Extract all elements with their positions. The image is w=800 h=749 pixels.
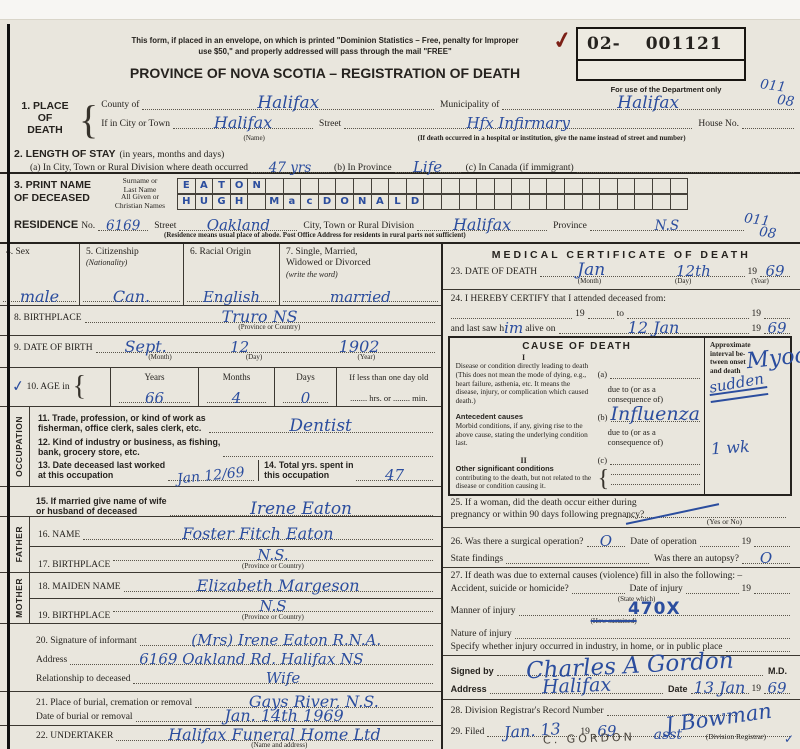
mother-rows: 18. MAIDEN NAME Elizabeth Margeson 19. B… <box>30 573 441 624</box>
given-names-boxes: HUGHMacDONALD <box>178 194 688 210</box>
other-conditions-lines: { <box>598 470 700 489</box>
letter-box <box>459 178 478 194</box>
letter-box <box>670 178 689 194</box>
father-name-line: 16. NAME Foster Fitch Eaton <box>30 517 441 547</box>
other-conditions-brace: { <box>598 470 612 489</box>
letter-box <box>617 194 636 210</box>
total-years-value: 47 <box>385 468 404 483</box>
filed-label: 29. Filed <box>451 727 488 737</box>
letter-box: O <box>230 178 249 194</box>
other-conditions-description: contributing to the death, but not relat… <box>456 474 592 491</box>
death-year-field: 69 <box>760 264 790 277</box>
sex-field: male <box>3 289 76 302</box>
spacer <box>451 277 543 285</box>
city-value: Halifax <box>214 115 272 131</box>
age-months-cell: Months 4 <box>198 368 274 407</box>
racial-origin-field: English <box>187 289 276 302</box>
cause-a-value: Myocardial degeneration <box>745 329 800 373</box>
interval-b-value: 1 wk <box>710 439 750 458</box>
letter-box <box>283 178 302 194</box>
dob-month-field: Sept. <box>96 340 196 353</box>
row-certify: 24. I HEREBY CERTIFY that I attended dec… <box>443 290 800 336</box>
mother-birthplace-label: 19. BIRTHPLACE <box>38 611 113 621</box>
cause-a-label: (a) <box>598 369 610 379</box>
autopsy-label: Was there an autopsy? <box>649 554 742 564</box>
spacer <box>451 595 591 603</box>
mother-birthplace-value: N.S <box>259 599 286 614</box>
informant-address-line: Address 6169 Oakland Rd. Halifax NS <box>36 652 433 665</box>
row-birthplace: 8. BIRTHPLACE Truro NS (Province or Coun… <box>0 306 441 336</box>
undertaker-line: 22. UNDERTAKER Halifax Funeral Home Ltd <box>36 728 433 741</box>
marital-status-field: married <box>283 289 438 302</box>
form-body: 4. Sex male 5. Citizenship (Nationality)… <box>0 242 800 749</box>
dob-day-note: (Day) <box>210 353 298 361</box>
street-label: Street <box>313 119 344 129</box>
attended-from-line: 19 to 19 <box>451 306 790 319</box>
letter-box <box>318 178 337 194</box>
total-years-label: 14. Total yrs. spent in this occupation <box>264 460 356 480</box>
total-years-field: 47 <box>356 468 432 481</box>
mother-maiden-line: 18. MAIDEN NAME Elizabeth Margeson <box>30 573 441 600</box>
occupation-block: OCCUPATION 11. Trade, profession, or kin… <box>0 407 441 487</box>
spacer <box>36 741 126 749</box>
letter-box <box>423 194 442 210</box>
cause-b-label: (b) <box>598 412 611 422</box>
length-of-stay-note: (in years, months and days) <box>120 150 225 160</box>
occupation-vertical-label-cell: OCCUPATION <box>0 407 30 486</box>
sex-cell: 4. Sex male <box>0 244 80 305</box>
stay-province-field: Life <box>395 160 461 173</box>
letter-box <box>634 194 653 210</box>
residence-label: RESIDENCE <box>14 219 81 231</box>
letter-box: L <box>388 194 407 210</box>
findings-line: State findings Was there an autopsy? O <box>451 551 790 564</box>
due-to-1: due to (or as a consequence of) <box>598 384 700 404</box>
age-years-field: 66 <box>119 390 190 403</box>
surname-row: Surname or Last Name EATON <box>102 177 792 194</box>
relationship-field: Wife <box>133 671 432 684</box>
length-of-stay-heading: 2. LENGTH OF STAY (in years, months and … <box>14 148 794 160</box>
manner-line: Manner of injury 470X <box>451 603 790 616</box>
last-saw-him: im <box>504 321 523 336</box>
letter-box: a <box>283 194 302 210</box>
spouse-field: Irene Eaton <box>170 503 433 516</box>
length-of-stay-fields: (a) In City, Town or Rural Division wher… <box>14 160 794 173</box>
informant-signature-line: 20. Signature of informant (Mrs) Irene E… <box>36 633 433 646</box>
blue-checkmark-icon: ✓ <box>784 732 794 747</box>
other-conditions-field-2 <box>611 484 700 485</box>
record-number-label: 28. Division Registrar's Record Number <box>451 706 607 716</box>
row-burial: 21. Place of burial, cremation or remova… <box>0 692 441 726</box>
attended-to-19: 19 <box>749 309 765 319</box>
sign-date-value: 13 Jan <box>694 680 746 696</box>
father-rows: 16. NAME Foster Fitch Eaton 17. BIRTHPLA… <box>30 517 441 572</box>
age-days-cell: Days 0 <box>274 368 336 407</box>
last-saw-date: 12 Jan <box>628 320 680 336</box>
informant-field: (Mrs) Irene Eaton R.N.A. <box>140 633 433 646</box>
industry-label: 12. Kind of industry or business, as fis… <box>38 437 223 457</box>
marital-status-note: (write the word) <box>286 270 437 280</box>
racial-origin-label: 6. Racial Origin <box>190 247 275 258</box>
letter-box <box>476 194 495 210</box>
spacer <box>14 323 104 331</box>
residence-city-value: Halifax <box>453 217 511 233</box>
name-box-rows: Surname or Last Name EATON All Given or … <box>102 177 792 214</box>
dob-day: 12 <box>230 340 249 355</box>
injury-date-label: Date of injury <box>625 584 686 594</box>
attended-to-word: to <box>614 309 627 319</box>
undertaker-field: Halifax Funeral Home Ltd <box>116 728 432 741</box>
scan-edge-line <box>7 24 10 749</box>
cause-content: I Disease or condition directly leading … <box>450 352 704 494</box>
industry-field <box>223 444 432 457</box>
age-hrs-min-line: ........ hrs. or ........ min. <box>337 393 441 403</box>
antecedent-block: Antecedent causes Morbid conditions, if … <box>456 413 592 448</box>
accident-line: Accident, suicide or homicide? Date of i… <box>451 581 790 594</box>
letter-box <box>582 178 601 194</box>
city-label: If in City or Town <box>101 119 173 129</box>
autopsy-answer-field: O <box>742 551 790 564</box>
injury-date-field <box>686 581 739 594</box>
father-birthplace-col: N.S. (Province or Country) <box>113 548 432 570</box>
death-date-notes: (Month) (Day) (Year) <box>451 277 790 285</box>
operation-answer: O <box>600 534 612 549</box>
row-pregnancy: 25. If a woman, did the death occur eith… <box>443 496 800 528</box>
death-date-line: 23. DATE OF DEATH Jan 12th 19 69 <box>451 264 790 277</box>
letter-box: T <box>212 178 231 194</box>
dob-line: 9. DATE OF BIRTH Sept. 12 1902 <box>14 340 435 353</box>
letter-box <box>476 178 495 194</box>
letter-box <box>582 194 601 210</box>
cause-b-line: (b) Influenza <box>598 409 700 422</box>
residence-street-field: Oakland <box>179 218 297 231</box>
cause-descriptions: I Disease or condition directly leading … <box>450 352 596 494</box>
letter-box <box>634 178 653 194</box>
citizenship-field: Can. <box>83 289 180 302</box>
letter-box <box>353 178 372 194</box>
county-label: County of <box>101 100 142 110</box>
sex-label: 4. Sex <box>6 247 75 258</box>
occupation-rows: 11. Trade, profession, or kind of work a… <box>30 407 441 486</box>
mother-birthplace-field: N.S <box>113 599 432 612</box>
informant-relationship-line: Relationship to deceased Wife <box>36 671 433 684</box>
row-sex-citizenship-race-marital: 4. Sex male 5. Citizenship (Nationality)… <box>0 244 441 306</box>
birthplace-label: 8. BIRTHPLACE <box>14 313 85 323</box>
letter-box <box>652 178 671 194</box>
sex-value: male <box>20 289 59 305</box>
cause-a-field <box>610 366 700 379</box>
length-of-stay-label: 2. LENGTH OF STAY <box>14 148 116 160</box>
street-field: Hfx Infirmary <box>344 116 692 129</box>
place-brace: { <box>76 102 101 138</box>
relationship-label: Relationship to deceased <box>36 674 133 684</box>
signed-by-line: Signed by Charles A Gordon M.D. <box>451 663 790 676</box>
father-vertical-label: FATHER <box>14 526 24 562</box>
last-worked-value: Jan 12/69 <box>177 465 246 486</box>
cause-main: CAUSE OF DEATH I Disease or condition di… <box>450 338 704 494</box>
row-physician-signature: Signed by Charles A Gordon M.D. Address … <box>443 656 800 700</box>
burial-date-label: Date of burial or removal <box>36 712 136 722</box>
age-less-label: If less than one day old <box>337 372 441 382</box>
age-heading: ✓ 10. AGE in { <box>0 368 110 407</box>
age-years-label: Years <box>111 372 198 382</box>
undertaker-label: 22. UNDERTAKER <box>36 731 116 741</box>
operation-date-field <box>700 534 739 547</box>
age-brace: { <box>70 374 89 399</box>
given-names-label: All Given or Christian Names <box>102 193 178 210</box>
informant-label: 20. Signature of informant <box>36 636 140 646</box>
autopsy-answer: O <box>760 551 772 566</box>
birthplace-value: Truro NS <box>222 309 298 325</box>
residence-city-field: Halifax <box>417 218 547 231</box>
last-saw-label: and last saw h <box>451 324 505 334</box>
sign-date-field: 13 Jan <box>691 681 749 694</box>
trade-field: Dentist <box>209 420 433 433</box>
cause-b-field: Influenza <box>611 409 700 422</box>
mailing-instruction: This form, if placed in an envelope, on … <box>75 36 575 58</box>
physician-address-field: Halifax <box>490 681 663 694</box>
death-day-field: 12th <box>642 264 744 277</box>
dob-month: Sept. <box>125 339 167 355</box>
letter-box <box>494 194 513 210</box>
last-saw-19: 19 <box>749 324 765 334</box>
letter-box: A <box>371 194 390 210</box>
industry-line: 12. Kind of industry or business, as fis… <box>38 437 433 457</box>
age-months-value: 4 <box>232 391 242 406</box>
age-months-field: 4 <box>207 390 266 403</box>
section-residence: RESIDENCE No. 6169 Street Oakland City, … <box>0 214 800 242</box>
mother-birthplace-col: N.S (Province or Country) <box>113 599 432 621</box>
spacer <box>14 353 110 361</box>
mother-block: MOTHER 18. MAIDEN NAME Elizabeth Margeso… <box>0 573 441 625</box>
place-of-death-label: 1. PLACE OF DEATH <box>14 92 76 148</box>
dob-year-field: 1902 <box>284 340 435 353</box>
death-year: 69 <box>765 264 784 279</box>
section-print-name: 3. PRINT NAME OF DECEASED Surname or Las… <box>0 172 800 214</box>
last-worked-line: 13. Date deceased last worked at this oc… <box>38 460 433 480</box>
letter-box: E <box>177 178 196 194</box>
cause-c-field <box>610 452 700 465</box>
row-date-of-death: 23. DATE OF DEATH Jan 12th 19 69 (Month)… <box>443 262 800 290</box>
father-block: FATHER 16. NAME Foster Fitch Eaton 17. B… <box>0 517 441 573</box>
father-name-value: Foster Fitch Eaton <box>182 526 333 542</box>
sign-19: 19 <box>749 684 765 694</box>
how-sustained-line: (How sustained) <box>451 617 790 625</box>
mailing-instruction-line2: use $50," and properly addressed will pa… <box>75 47 575 58</box>
cause-c-label: (c) <box>598 455 610 465</box>
maiden-name-field: Elizabeth Margeson <box>124 579 433 592</box>
citizenship-cell: 5. Citizenship (Nationality) Can. <box>80 244 184 305</box>
street-note: (If death occurred in a hospital or inst… <box>309 134 794 142</box>
letter-box <box>529 178 548 194</box>
disease-description: Disease or condition directly leading to… <box>456 362 592 405</box>
stay-canada-field <box>577 160 794 173</box>
pencil-annotation: C. GORDON <box>542 730 634 746</box>
death-date-label: 23. DATE OF DEATH <box>451 267 541 277</box>
marital-status-value: married <box>330 290 391 305</box>
municipality-value: Halifax <box>617 95 679 112</box>
residence-street-value: Oakland <box>207 218 270 233</box>
death-year-printed: 19 <box>745 267 761 277</box>
nature-label: Nature of injury <box>451 629 515 639</box>
city-field: Halifax <box>173 116 313 129</box>
physician-address-value: Halifax <box>541 676 611 697</box>
letter-box <box>300 178 319 194</box>
citizenship-label: 5. Citizenship <box>86 247 179 258</box>
letter-box <box>423 178 442 194</box>
residence-province-value: N.S <box>655 220 680 234</box>
specify-field <box>726 639 791 652</box>
cause-of-death-box: CAUSE OF DEATH I Disease or condition di… <box>448 336 792 496</box>
specify-line: Specify whether injury occurred in indus… <box>451 639 790 652</box>
alive-on-label: alive on <box>525 324 558 334</box>
burial-date-value: Jan. 14th 1969 <box>224 708 343 724</box>
residence-no-value: 6169 <box>106 220 140 234</box>
letter-box <box>441 178 460 194</box>
injury-19: 19 <box>739 584 755 594</box>
cause-c-line: (c) <box>598 452 700 465</box>
letter-box <box>371 178 390 194</box>
maiden-name-value: Elizabeth Margeson <box>197 578 360 594</box>
yes-or-no-note: (Yes or No) <box>707 517 742 526</box>
left-column: 4. Sex male 5. Citizenship (Nationality)… <box>0 244 443 749</box>
city-name-note: (Name) <box>199 134 309 142</box>
letter-box <box>441 194 460 210</box>
informant-address-label: Address <box>36 655 70 665</box>
letter-box <box>459 194 478 210</box>
operation-date-label: Date of operation <box>625 537 699 547</box>
father-name-field: Foster Fitch Eaton <box>83 527 432 540</box>
house-no-label: House No. <box>692 119 742 129</box>
row-informant: 20. Signature of informant (Mrs) Irene E… <box>0 624 441 692</box>
spouse-label: 15. If married give name of wife or husb… <box>36 496 170 516</box>
trade-value: Dentist <box>289 418 351 435</box>
letter-box <box>388 178 407 194</box>
letter-box <box>529 194 548 210</box>
row-undertaker: 22. UNDERTAKER Halifax Funeral Home Ltd … <box>0 726 441 749</box>
cause-part2: II Other significant conditions contribu… <box>456 456 592 491</box>
row-registrar: 28. Division Registrar's Record Number 2… <box>443 700 800 749</box>
relationship-value: Wife <box>266 671 300 686</box>
attended-from-field <box>451 306 573 319</box>
trade-label: 11. Trade, profession, or kind of work a… <box>38 413 209 433</box>
print-name-label: 3. PRINT NAME OF DECEASED <box>14 177 102 214</box>
sign-year-field: 69 <box>764 681 790 694</box>
letter-box <box>247 194 266 210</box>
letter-box: H <box>230 194 249 210</box>
physician-signature-field: Charles A Gordon <box>497 663 763 676</box>
letter-box <box>511 178 530 194</box>
age-checkmark: ✓ <box>11 377 26 398</box>
mailing-instruction-line1: This form, if placed in an envelope, on … <box>75 36 575 47</box>
municipality-label: Municipality of <box>434 100 502 110</box>
racial-origin-value: English <box>203 290 260 305</box>
letter-box <box>546 178 565 194</box>
letter-box <box>599 194 618 210</box>
surname-boxes: EATON <box>178 178 688 194</box>
age-days-field: 0 <box>283 390 328 403</box>
dob-label: 9. DATE OF BIRTH <box>14 343 96 353</box>
death-month-field: Jan <box>540 264 642 277</box>
cause-a-line: (a) <box>598 366 700 379</box>
section-place-of-death: 1. PLACE OF DEATH { County of Halifax Mu… <box>0 92 800 148</box>
letter-box <box>599 178 618 194</box>
total-years-group: 14. Total yrs. spent in this occupation … <box>258 460 432 480</box>
letter-box: N <box>353 194 372 210</box>
form-number-box: 02- 001121 <box>576 27 746 81</box>
attended-from-year-field <box>588 306 614 319</box>
citizenship-note: (Nationality) <box>86 258 179 268</box>
stay-city-field: 47 yrs <box>251 160 329 173</box>
row-operation: 26. Was there a surgical operation? O Da… <box>443 528 800 568</box>
findings-field <box>506 551 649 564</box>
place-fields: County of Halifax Municipality of Halifa… <box>101 92 794 148</box>
sign-year-value: 69 <box>767 681 786 696</box>
operation-label: 26. Was there a surgical operation? <box>451 537 587 547</box>
birthplace-line: 8. BIRTHPLACE Truro NS <box>14 310 435 323</box>
residence-no-field: 6169 <box>98 218 148 231</box>
mother-vertical-label: MOTHER <box>14 578 24 618</box>
age-less-than-day-cell: If less than one day old ........ hrs. o… <box>336 368 441 407</box>
department-use-note: For use of the Department only <box>586 85 746 94</box>
dob-year: 1902 <box>339 339 380 355</box>
letter-box: c <box>300 194 319 210</box>
county-field: Halifax <box>142 97 434 110</box>
stay-province-value: Life <box>413 160 442 175</box>
cause-entry-lines: Myocardial degeneration (a) due to (or a… <box>596 352 704 494</box>
last-worked-field: Jan 12/69 <box>168 468 254 481</box>
letter-box: H <box>177 194 196 210</box>
burial-date-field: Jan. 14th 1969 <box>136 709 433 722</box>
citizenship-value: Can. <box>113 289 150 305</box>
father-birthplace-line: 17. BIRTHPLACE N.S. (Province or Country… <box>30 547 441 572</box>
division-registrar-note: (Division Registrar) <box>706 732 766 741</box>
physician-address-line: Address Halifax Date 13 Jan 19 69 <box>451 681 790 694</box>
mother-birthplace-line: 19. BIRTHPLACE N.S (Province or Country) <box>30 599 441 623</box>
md-label: M.D. <box>763 666 790 676</box>
residence-street-label: Street <box>148 221 179 231</box>
letter-box: N <box>247 178 266 194</box>
section-length-of-stay: 2. LENGTH OF STAY (in years, months and … <box>0 148 800 172</box>
letter-box <box>511 194 530 210</box>
cause-b-value: Influenza <box>611 405 700 424</box>
signed-by-label: Signed by <box>451 666 497 676</box>
death-month: Jan <box>577 262 605 279</box>
undertaker-value: Halifax Funeral Home Ltd <box>168 727 380 743</box>
letter-box <box>494 178 513 194</box>
row-spouse-name: 15. If married give name of wife or husb… <box>0 487 441 517</box>
age-years-cell: Years 66 <box>110 368 198 407</box>
letter-box <box>670 194 689 210</box>
county-line: County of Halifax Municipality of Halifa… <box>101 97 794 110</box>
father-vertical-label-cell: FATHER <box>0 517 30 572</box>
city-street-line: If in City or Town Halifax Street Hfx In… <box>101 116 794 129</box>
stay-province-label: (b) In Province <box>329 163 395 173</box>
residence-province-label: Province <box>547 221 590 231</box>
informant-value: (Mrs) Irene Eaton R.N.A. <box>191 633 381 648</box>
residence-province-field: N.S <box>590 218 744 231</box>
letter-box: U <box>195 194 214 210</box>
maiden-name-label: 18. MAIDEN NAME <box>38 582 124 592</box>
place-notes: (Name) (If death occurred in a hospital … <box>101 134 794 142</box>
residence-line: RESIDENCE No. 6169 Street Oakland City, … <box>14 216 744 231</box>
county-value: Halifax <box>257 95 319 112</box>
municipality-field: Halifax <box>502 97 794 110</box>
letter-box: O <box>335 194 354 210</box>
operation-line: 26. Was there a surgical operation? O Da… <box>451 534 790 547</box>
burial-date-line: Date of burial or removal Jan. 14th 1969 <box>36 709 433 722</box>
letter-box <box>265 178 284 194</box>
